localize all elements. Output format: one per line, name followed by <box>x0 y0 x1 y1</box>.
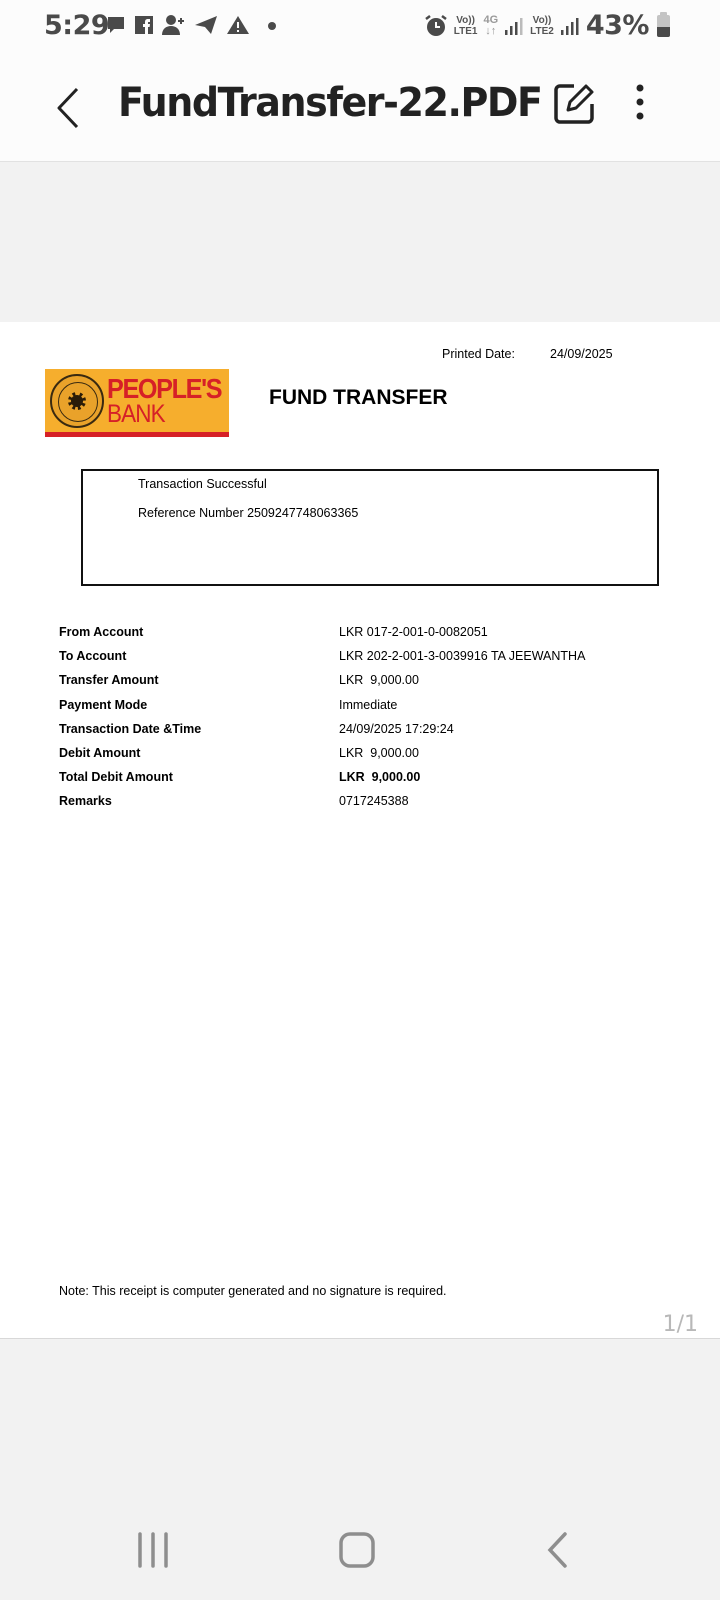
detail-label: Total Debit Amount <box>59 770 339 784</box>
detail-row: From AccountLKR 017-2-001-0-0082051 <box>59 620 679 644</box>
facebook-icon <box>134 15 154 35</box>
detail-label: Payment Mode <box>59 698 339 712</box>
printed-date-value: 24/09/2025 <box>550 347 613 361</box>
dot-icon <box>258 15 282 35</box>
chat-bubble-icon <box>106 15 126 35</box>
detail-value: LKR 017-2-001-0-0082051 <box>339 625 679 639</box>
transaction-details: From AccountLKR 017-2-001-0-0082051To Ac… <box>59 620 679 814</box>
detail-value: LKR 202-2-001-3-0039916 TA JEEWANTHA <box>339 649 679 663</box>
detail-value: LKR 9,000.00 <box>339 673 679 687</box>
back-icon <box>546 1532 570 1568</box>
detail-label: Remarks <box>59 794 339 808</box>
detail-row: To AccountLKR 202-2-001-3-0039916 TA JEE… <box>59 644 679 668</box>
system-back-button[interactable] <box>528 1528 588 1572</box>
signal-strength-icon-2 <box>560 16 580 36</box>
recents-icon <box>136 1532 172 1568</box>
warning-icon <box>226 15 250 35</box>
receipt-note: Note: This receipt is computer generated… <box>59 1284 447 1298</box>
add-contact-icon <box>162 14 186 36</box>
detail-value: LKR 9,000.00 <box>339 770 679 784</box>
detail-row: Transaction Date &Time24/09/2025 17:29:2… <box>59 717 679 741</box>
printed-date-label: Printed Date: <box>442 347 515 361</box>
transaction-status: Transaction Successful <box>138 477 267 491</box>
more-vertical-icon <box>632 82 648 126</box>
telegram-icon <box>194 15 218 35</box>
detail-row: Payment ModeImmediate <box>59 693 679 717</box>
reference-number: Reference Number 2509247748063365 <box>138 506 358 520</box>
detail-label: To Account <box>59 649 339 663</box>
more-options-button[interactable] <box>632 82 648 126</box>
sim2-volte-indicator: Vo))LTE2 <box>530 15 554 37</box>
recents-button[interactable] <box>124 1528 184 1572</box>
notification-icons <box>106 14 282 36</box>
transaction-status-box: Transaction Successful Reference Number … <box>81 469 659 586</box>
detail-value: Immediate <box>339 698 679 712</box>
status-time: 5:29 <box>44 10 109 41</box>
signal-strength-icon-1 <box>504 16 524 36</box>
detail-row: Total Debit AmountLKR 9,000.00 <box>59 765 679 789</box>
page-counter: 1/1 <box>663 1312 698 1337</box>
edit-icon <box>552 82 596 126</box>
battery-percent: 43% <box>586 10 649 41</box>
home-button[interactable] <box>327 1528 387 1572</box>
detail-row: Debit AmountLKR 9,000.00 <box>59 741 679 765</box>
app-bar: FundTransfer-22.PDF <box>0 56 720 162</box>
viewer-background <box>0 163 720 322</box>
navigation-bar <box>0 1500 720 1600</box>
battery-icon <box>657 15 670 37</box>
bank-seal-icon <box>50 374 104 428</box>
detail-label: Debit Amount <box>59 746 339 760</box>
network-type-indicator: 4G↓↑ <box>483 15 498 37</box>
pdf-page[interactable]: Printed Date: 24/09/2025 PEOPLE'S BANK F… <box>0 322 720 1339</box>
detail-value: 24/09/2025 17:29:24 <box>339 722 679 736</box>
detail-label: Transaction Date &Time <box>59 722 339 736</box>
detail-label: Transfer Amount <box>59 673 339 687</box>
bank-logo: PEOPLE'S BANK <box>45 369 229 437</box>
home-icon <box>339 1532 375 1568</box>
edit-button[interactable] <box>552 82 596 126</box>
sim1-volte-indicator: Vo))LTE1 <box>454 15 478 37</box>
detail-value: 0717245388 <box>339 794 679 808</box>
document-heading: FUND TRANSFER <box>269 386 448 410</box>
detail-row: Transfer AmountLKR 9,000.00 <box>59 668 679 692</box>
detail-label: From Account <box>59 625 339 639</box>
alarm-icon <box>424 14 448 38</box>
back-button[interactable] <box>48 78 88 138</box>
detail-row: Remarks0717245388 <box>59 789 679 813</box>
status-bar: 5:29 Vo))LTE1 4G↓↑ Vo))LTE2 43% <box>0 0 720 56</box>
chevron-left-icon <box>55 87 81 129</box>
document-title: FundTransfer-22.PDF <box>118 80 542 126</box>
system-icons: Vo))LTE1 4G↓↑ Vo))LTE2 43% <box>424 10 670 41</box>
detail-value: LKR 9,000.00 <box>339 746 679 760</box>
